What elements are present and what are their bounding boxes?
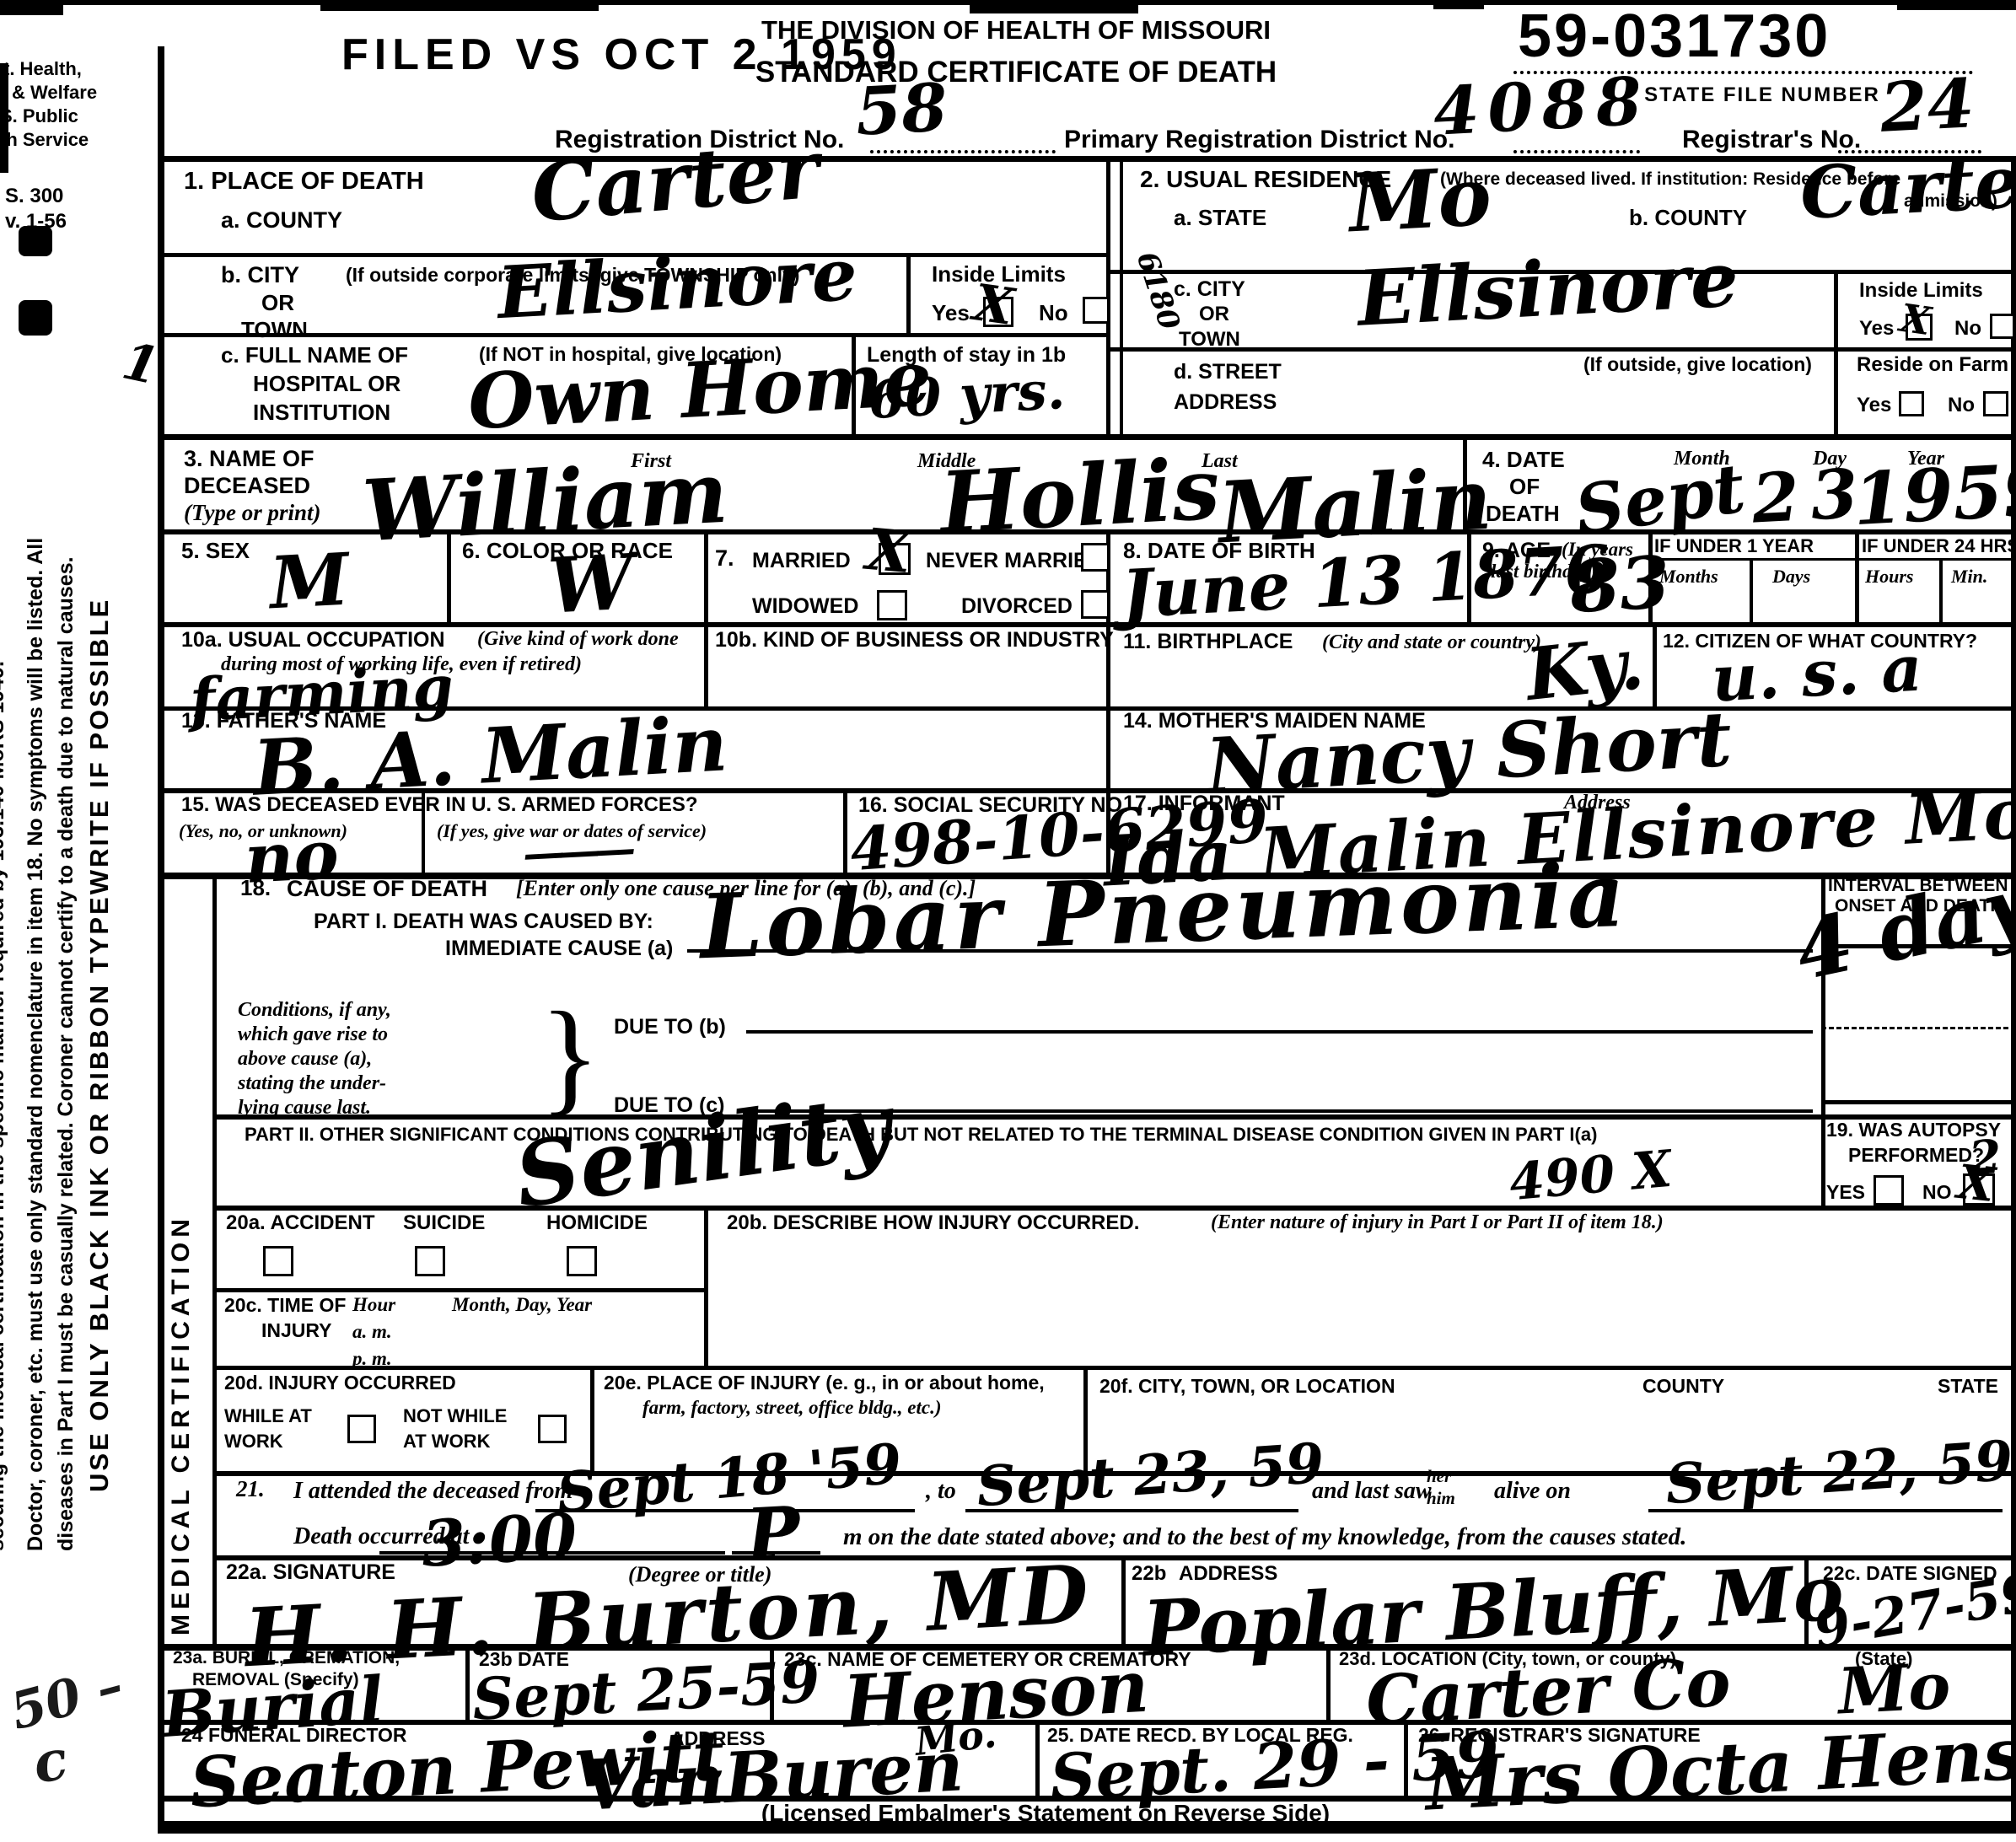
state-file-number: 59-031730: [1518, 5, 1831, 69]
rule: [704, 1206, 708, 1370]
rule: [212, 1366, 2016, 1370]
injury-describe-paren: (Enter nature of injury in Part I or Par…: [1211, 1212, 1664, 1233]
form-border-top: [158, 156, 2016, 162]
dod-label1: 4. DATE: [1482, 448, 1565, 471]
res-inside-yes-mark: X: [1898, 298, 1933, 341]
attended-text2: , to: [926, 1479, 956, 1503]
rule: [212, 1288, 707, 1292]
pod-hospital-label2: HOSPITAL OR: [253, 373, 401, 395]
pm-label: p. m.: [352, 1349, 392, 1369]
dod-year-value: 1959: [1852, 454, 2016, 536]
farm-yes-checkbox: [1899, 391, 1924, 416]
res-county-value: Carter: [1798, 145, 2016, 230]
pod-city-or: OR: [261, 292, 294, 314]
while-at-label: WHILE AT: [224, 1406, 312, 1426]
cause-num: 18.: [240, 877, 271, 900]
scan-blob: [1433, 0, 1484, 9]
accident-label: 20a. ACCIDENT: [226, 1212, 374, 1233]
due-to-c-rule: [746, 1109, 1813, 1113]
months-label: Months: [1659, 567, 1718, 586]
reside-on-farm-label: Reside on Farm: [1857, 354, 2008, 375]
armed-forces-label: 15. WAS DECEASED EVER IN U. S. ARMED FOR…: [181, 794, 698, 815]
hour-label: Hour: [352, 1295, 395, 1315]
attended-num: 21.: [236, 1477, 265, 1501]
part2-label: PART II. OTHER SIGNIFICANT CONDITIONS CO…: [245, 1125, 1597, 1144]
autopsy-yes-checkbox: [1874, 1175, 1904, 1206]
due-to-b-label: DUE TO (b): [614, 1016, 726, 1038]
injury-describe-label: 20b. DESCRIBE HOW INJURY OCCURRED.: [727, 1212, 1139, 1233]
res-city-value: Ellsinore: [1356, 241, 1740, 337]
registrar-no-value: 24: [1879, 69, 1976, 142]
autopsy-no-label: NO: [1922, 1182, 1952, 1202]
rule-under-time: [379, 1551, 725, 1555]
rule: [158, 434, 2016, 440]
part1-label: PART I. DEATH WAS CAUSED BY:: [314, 910, 653, 932]
birthplace-paren: (City and state or country): [1322, 632, 1541, 653]
scan-blob: [1897, 0, 2016, 10]
scan-blob: [0, 0, 63, 15]
death-certificate-scan: t. Health, & Welfare S. Public th Servic…: [0, 0, 2016, 1842]
signature-label: 22a. SIGNATURE: [226, 1561, 395, 1583]
widowed-checkbox: [877, 590, 907, 620]
burial-date-value: Sept 25-59: [471, 1653, 821, 1728]
res-city-label: c. CITY: [1174, 278, 1245, 300]
res-street-label1: d. STREET: [1174, 361, 1282, 383]
res-inside-no-label: No: [1954, 318, 1981, 339]
state-file-number-label: STATE FILE NUMBER: [1644, 84, 1880, 105]
stray-mark: 1: [118, 336, 163, 392]
place-of-injury-label2: farm, factory, street, office bldg., etc…: [642, 1398, 941, 1418]
never-married-label: NEVER MARRIED: [926, 550, 1103, 572]
rule: [1108, 347, 2016, 352]
attended-text1: I attended the deceased from: [293, 1479, 573, 1503]
pod-inside-no-label: No: [1039, 302, 1068, 325]
farm-yes-label: Yes: [1857, 395, 1891, 416]
occupation-label: 10a. USUAL OCCUPATION: [181, 629, 445, 651]
margin-instruction: securing the medical certification in th…: [0, 329, 8, 1551]
pod-inside-yes-mark: X: [970, 277, 1016, 333]
rule: [212, 1206, 2016, 1211]
hours-label: Hours: [1865, 567, 1913, 586]
armed-forces-dash: ———: [522, 828, 630, 876]
autopsy-no-mark: X: [1955, 1158, 1997, 1209]
pencil-note: c: [30, 1732, 72, 1792]
him-label: him: [1427, 1489, 1455, 1507]
rule-under-alive: [1648, 1509, 2003, 1512]
min-label: Min.: [1951, 567, 1987, 586]
res-city-or: OR: [1199, 303, 1229, 325]
certificate-title: STANDARD CERTIFICATE OF DEATH: [755, 57, 1277, 89]
under-24hr-label: IF UNDER 24 HRS.: [1862, 536, 2016, 556]
never-married-checkbox: [1081, 543, 1110, 572]
rule: [1834, 270, 1838, 438]
margin-instruction: diseases in Part I must be casually rela…: [56, 329, 77, 1551]
injury-city-label: 20f. CITY, TOWN, OR LOCATION: [1099, 1376, 1395, 1396]
location-state-value: Mo: [1836, 1655, 1952, 1724]
pod-inside-yes-label: Yes: [932, 302, 970, 325]
farm-no-checkbox: [1983, 391, 2008, 416]
margin-instruction-bold: USE ONLY BLACK INK OR RIBBON TYPEWRITE I…: [86, 371, 112, 1492]
rule-dashed: [1821, 1027, 2016, 1029]
primary-registration-value: 4088: [1432, 68, 1652, 145]
conditions-line: above cause (a),: [238, 1049, 372, 1070]
rule: [212, 873, 217, 1644]
rule: [1750, 558, 1753, 626]
days-label: Days: [1772, 567, 1810, 586]
rule: [1939, 558, 1943, 626]
rule-under-to: [965, 1509, 1298, 1512]
rule: [158, 622, 2016, 627]
rule: [704, 529, 708, 626]
agency-line: S. Public: [0, 106, 78, 126]
at-work-label: AT WORK: [403, 1431, 490, 1451]
pod-hospital-label: c. FULL NAME OF: [221, 344, 408, 367]
cause-a-rule: [687, 949, 1813, 953]
rule: [1121, 1555, 1126, 1648]
not-while-at-work-checkbox: [538, 1415, 567, 1443]
death-occurred-text2: m on the date stated above; and to the b…: [843, 1524, 1686, 1549]
dotted-rule: [1513, 150, 1640, 153]
due-to-b-rule: [746, 1030, 1813, 1034]
res-street-label2: ADDRESS: [1174, 391, 1277, 413]
length-of-stay-value: 60 yrs.: [868, 364, 1067, 427]
division-title: THE DIVISION OF HEALTH OF MISSOURI: [761, 17, 1271, 45]
pod-city-town: TOWN: [241, 319, 308, 341]
accident-checkbox: [263, 1246, 293, 1276]
res-inside-no-checkbox: [1990, 314, 2015, 339]
place-of-death-title: 1. PLACE OF DEATH: [184, 169, 424, 194]
while-at-work-checkbox: [347, 1415, 376, 1443]
conditions-line: stating the under-: [238, 1073, 386, 1094]
pod-county-label: a. COUNTY: [221, 208, 342, 232]
name-label1: 3. NAME OF: [184, 447, 314, 470]
death-time-value: 3:00: [420, 1505, 578, 1576]
married-mark: X: [864, 521, 913, 582]
scan-blob: [320, 0, 599, 11]
am-label: a. m.: [352, 1322, 392, 1342]
dod-label2: OF: [1509, 475, 1540, 498]
res-city-town: TOWN: [1179, 329, 1240, 350]
citizen-value: u. s. a: [1710, 637, 1923, 712]
sex-label: 5. SEX: [181, 540, 250, 562]
married-label: MARRIED: [752, 550, 851, 572]
pod-county-value: Carter: [529, 129, 823, 234]
injury-state-label: STATE: [1938, 1376, 1998, 1396]
last-seen-value: Sept 22, 59: [1664, 1434, 2014, 1513]
work-label: WORK: [224, 1431, 283, 1451]
conditions-brace: }: [540, 993, 600, 1120]
under-1yr-label: IF UNDER 1 YEAR: [1654, 536, 1814, 556]
homicide-checkbox: [567, 1246, 597, 1276]
homicide-label: HOMICIDE: [546, 1212, 648, 1233]
agency-line: th Service: [0, 130, 89, 149]
pod-hospital-label3: INSTITUTION: [253, 401, 390, 424]
rule: [906, 253, 911, 337]
time-of-injury-label2: INJURY: [261, 1320, 332, 1340]
marital-num: 7.: [715, 546, 734, 570]
agency-line: t. Health,: [3, 59, 82, 78]
dotted-rule: [870, 150, 1056, 153]
conditions-line: lying cause last.: [238, 1098, 371, 1119]
age-label1: 9. AGE: [1482, 540, 1551, 561]
sex-value: M: [268, 545, 351, 620]
month-day-year-label: Month, Day, Year: [452, 1295, 592, 1315]
res-state-value: Mo: [1347, 157, 1493, 244]
form-border-left: [158, 46, 164, 1827]
suicide-checkbox: [415, 1246, 445, 1276]
cause-label: CAUSE OF DEATH: [287, 877, 487, 900]
part2-code: 490 X: [1508, 1144, 1674, 1209]
embalmer-footer: (Licensed Embalmer's Statement on Revers…: [761, 1801, 1330, 1825]
pencil-note: 50 –: [6, 1660, 128, 1738]
farm-no-label: No: [1948, 395, 1975, 416]
conditions-line: which gave rise to: [238, 1024, 388, 1045]
rule: [704, 622, 708, 711]
not-while-label: NOT WHILE: [403, 1406, 507, 1426]
rule: [1648, 558, 2016, 561]
divorced-checkbox: [1081, 590, 1110, 619]
attended-text3: and last saw: [1312, 1479, 1432, 1503]
dod-label3: DEATH: [1486, 502, 1560, 525]
her-label: her: [1427, 1467, 1451, 1485]
race-value: W: [546, 544, 636, 624]
form-code: v. 1-56: [5, 211, 67, 232]
occupation-paren1: (Give kind of work done: [477, 629, 679, 650]
injury-occurred-label: 20d. INJURY OCCURRED: [224, 1372, 456, 1393]
address-num: 22b: [1132, 1563, 1166, 1584]
age-value: 83: [1568, 547, 1672, 624]
autopsy-yes-label: YES: [1826, 1182, 1865, 1202]
medical-certification-side-label: MEDICAL CERTIFICATION: [169, 894, 194, 1635]
widowed-label: WIDOWED: [752, 595, 858, 617]
pod-hospital-value: Own Home: [466, 341, 933, 441]
registrar-no-label: Registrar's No.: [1682, 126, 1861, 153]
form-code: S. 300: [5, 185, 63, 207]
injury-county-label: COUNTY: [1642, 1376, 1724, 1396]
pod-city-label: b. CITY: [221, 263, 299, 287]
rule-under-ampm: [732, 1551, 820, 1555]
name-label2: DECEASED: [184, 474, 310, 497]
primary-registration-label: Primary Registration District No.: [1064, 126, 1454, 153]
father-name-value: B. A. Malin: [251, 706, 729, 806]
funeral-address-note: Mo.: [913, 1714, 998, 1761]
res-county-label: b. COUNTY: [1629, 207, 1747, 229]
res-state-label: a. STATE: [1174, 207, 1266, 229]
immediate-cause-value: Lobar Pneumonia: [699, 851, 1630, 971]
agency-line: & Welfare: [12, 83, 97, 102]
rule: [1821, 1100, 2016, 1104]
divorced-label: DIVORCED: [961, 595, 1073, 617]
res-inside-yes-label: Yes: [1859, 318, 1894, 339]
scan-blob: [970, 0, 1138, 13]
rule: [1120, 156, 1123, 438]
rule: [212, 1114, 2016, 1120]
immediate-cause-label: IMMEDIATE CAUSE (a): [445, 937, 673, 959]
informant-label: 17. INFORMANT: [1123, 792, 1285, 814]
registration-district-value: 58: [854, 75, 949, 146]
pod-city-value: Ellsinore: [496, 239, 859, 330]
name-middle-value: Hollis: [938, 446, 1222, 545]
margin-instruction: Doctor, coroner, etc. must use only stan…: [25, 329, 46, 1551]
death-ampm-value: P: [745, 1497, 802, 1571]
name-label3: (Type or print): [184, 501, 320, 524]
business-label: 10b. KIND OF BUSINESS OR INDUSTRY: [715, 629, 1114, 651]
time-of-injury-label1: 20c. TIME OF: [224, 1295, 346, 1315]
conditions-line: Conditions, if any,: [238, 1000, 391, 1021]
pod-inside-no-checkbox: [1083, 297, 1110, 324]
rule: [1855, 529, 1859, 626]
rule-under-from: [535, 1509, 915, 1512]
attended-text4: alive on: [1494, 1479, 1571, 1503]
res-street-paren: (If outside, give location): [1583, 354, 1812, 374]
rule: [843, 788, 847, 877]
place-of-injury-label1: 20e. PLACE OF INJURY (e. g., in or about…: [604, 1372, 1045, 1393]
suicide-label: SUICIDE: [403, 1212, 485, 1233]
attended-to-value: Sept 23, 59: [975, 1437, 1325, 1516]
birthplace-label: 11. BIRTHPLACE: [1123, 631, 1293, 652]
